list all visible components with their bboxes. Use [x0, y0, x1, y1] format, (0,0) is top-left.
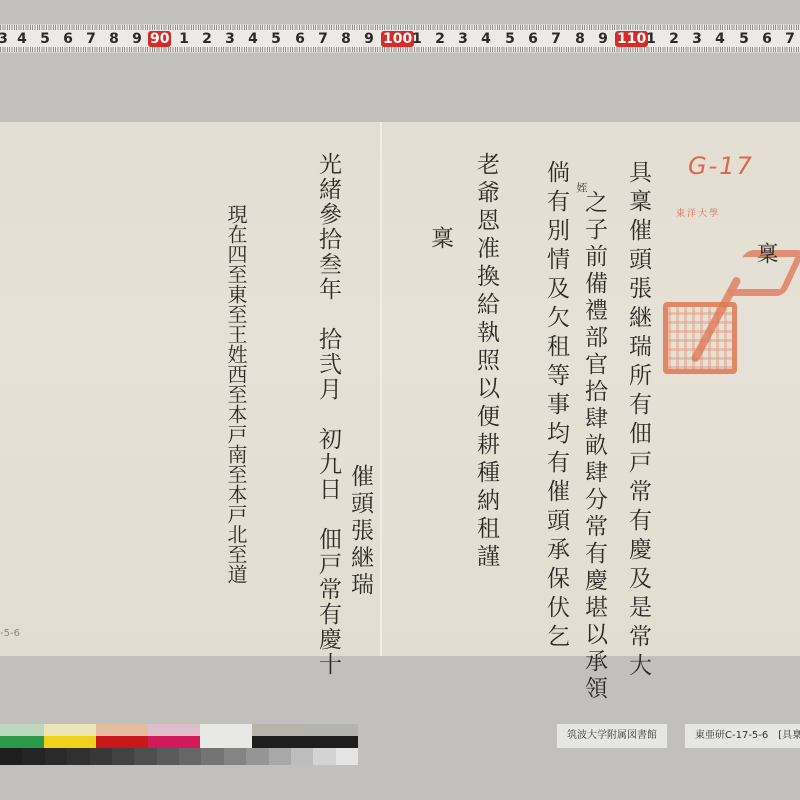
grayscale-step-row: [0, 748, 358, 765]
color-swatch: [148, 724, 200, 736]
brush-character: 稟: [750, 242, 781, 264]
manuscript-paper: G-17 東洋大學 稟 具稟催頭張継瑞所有佃戸常有慶及是常大 姪 之子前備禮部官…: [0, 122, 800, 656]
gray-step-swatch: [179, 748, 201, 765]
ruler-label: 8: [571, 31, 589, 47]
ruler-label: 1: [642, 31, 660, 47]
gray-step-swatch: [246, 748, 268, 765]
color-swatch: [44, 724, 96, 736]
color-swatch: [44, 736, 96, 748]
ruler-label: 4: [244, 31, 262, 47]
ruler-ticks-bottom: [0, 47, 800, 52]
gray-step-swatch: [134, 748, 156, 765]
red-catalog-annotation: G-17: [688, 152, 754, 180]
color-swatch: [304, 736, 358, 748]
ruler-label: 1: [175, 31, 193, 47]
red-library-stamp: 東洋大學: [676, 206, 720, 219]
text-column-4: 老爺恩准換給執照以便耕種納租謹: [470, 152, 503, 572]
text-column-6-date: 光緒參拾叁年 拾弐月 初九日 佃戸常有慶十: [312, 152, 345, 677]
color-swatch: [148, 736, 200, 748]
gray-step-swatch: [269, 748, 291, 765]
ruler-label: 4: [711, 31, 729, 47]
paper-fold-line: [380, 122, 382, 656]
gray-step-swatch: [157, 748, 179, 765]
text-column-1: 具稟催頭張継瑞所有佃戸常有慶及是常大: [622, 160, 655, 682]
pencil-catalog-mark: -5-6: [0, 628, 20, 639]
gray-step-swatch: [67, 748, 89, 765]
color-swatch: [96, 736, 148, 748]
ruler-label: 2: [665, 31, 683, 47]
ruler-label: 2: [431, 31, 449, 47]
gray-step-swatch: [112, 748, 134, 765]
text-column-2: 之子前備禮部官拾肆畝肆分常有慶堪以承領: [578, 190, 611, 703]
color-swatch: [200, 736, 252, 748]
ruler-label: 7: [82, 31, 100, 47]
gray-step-swatch: [224, 748, 246, 765]
color-swatch: [304, 724, 358, 736]
ruler-label: 7: [547, 31, 565, 47]
ruler-label: 2: [198, 31, 216, 47]
color-swatch: [0, 724, 44, 736]
text-column-8-boundaries: 現在四至東至王姓西至本戸南至本戸北至道: [222, 204, 251, 584]
text-column-7-signature: 催頭張継瑞: [344, 464, 377, 599]
ruler-label: 3: [688, 31, 706, 47]
ruler-label: 5: [501, 31, 519, 47]
ruler-label: 4: [13, 31, 31, 47]
ruler-label: 5: [36, 31, 54, 47]
ruler-label: 7: [314, 31, 332, 47]
gray-step-swatch: [291, 748, 313, 765]
gray-step-swatch: [45, 748, 67, 765]
color-swatch: [0, 736, 44, 748]
catalog-number-label: 東亜研C-17-5-6 [具稟]: [685, 724, 800, 748]
ruler-label: 90: [148, 31, 171, 47]
ruler-label: 6: [59, 31, 77, 47]
color-swatch: [200, 724, 252, 736]
ruler-label: 5: [735, 31, 753, 47]
library-label: 筑波大学附属図書館: [557, 724, 667, 748]
ruler-label: 3: [454, 31, 472, 47]
gray-step-swatch: [22, 748, 44, 765]
measuring-ruler: 3456789901234567891001234567891101234567: [0, 24, 800, 53]
ruler-label: 8: [337, 31, 355, 47]
ruler-label: 3: [0, 31, 12, 47]
gray-step-swatch: [313, 748, 335, 765]
ruler-label: 5: [267, 31, 285, 47]
ruler-label: 8: [105, 31, 123, 47]
color-swatch: [96, 724, 148, 736]
color-calibration-card: [0, 724, 358, 765]
ruler-label: 9: [360, 31, 378, 47]
ruler-label: 3: [221, 31, 239, 47]
text-column-3: 倘有別情及欠租等事均有催頭承保伏乞: [540, 160, 573, 653]
gray-step-swatch: [90, 748, 112, 765]
ruler-ticks-top: [0, 25, 800, 30]
gray-step-swatch: [201, 748, 223, 765]
ruler-label: 1: [408, 31, 426, 47]
ruler-label: 6: [758, 31, 776, 47]
color-swatch-row-pastel: [0, 724, 358, 736]
gray-step-swatch: [0, 748, 22, 765]
color-swatch: [252, 736, 304, 748]
ruler-label: 9: [594, 31, 612, 47]
ruler-label: 4: [477, 31, 495, 47]
ruler-label: 9: [128, 31, 146, 47]
ruler-label: 7: [781, 31, 799, 47]
ruler-label: 6: [291, 31, 309, 47]
text-column-5: 稟: [424, 226, 457, 255]
gray-step-swatch: [336, 748, 358, 765]
ruler-label: 6: [524, 31, 542, 47]
red-seal-stamp: [663, 302, 737, 374]
color-swatch-row-saturated: [0, 736, 358, 748]
color-swatch: [252, 724, 304, 736]
